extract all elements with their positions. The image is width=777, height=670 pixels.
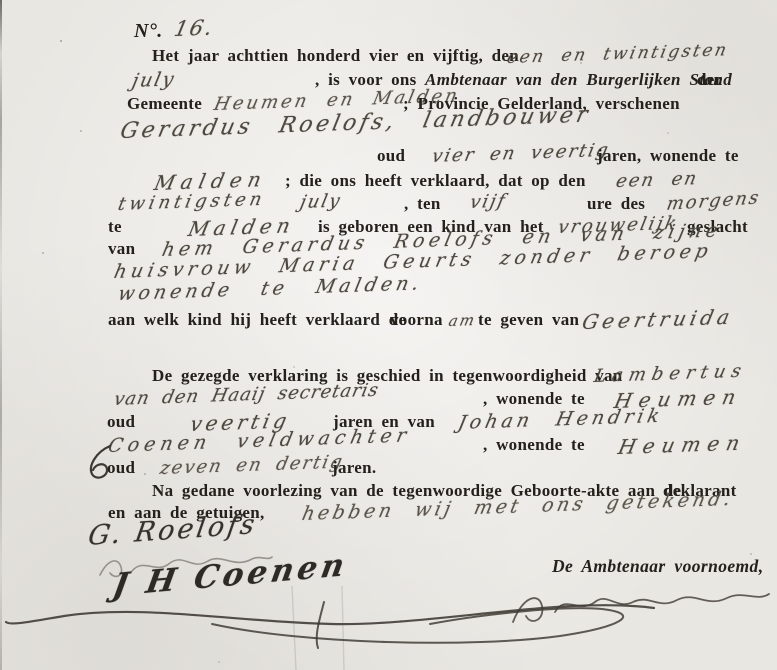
hand-registration-month: july bbox=[130, 68, 178, 92]
printed-declared-phrase: ; die ons heeft verklaard, dat op den bbox=[285, 171, 586, 191]
printed-oud-label: oud bbox=[377, 146, 405, 166]
printed-ten-label: , ten bbox=[404, 194, 441, 214]
printed-officer-title: Ambtenaar van den Burgerlijken Stand bbox=[425, 70, 732, 90]
printed-name-phrase: aan welk kind hij heeft verklaard de bbox=[108, 310, 406, 330]
pencil-marks-icon bbox=[284, 586, 364, 670]
line-parents-residence: wonende te Malden. bbox=[0, 283, 777, 309]
hand-witness2-residence: Heumen bbox=[616, 430, 749, 459]
line-official-caption: De Ambtenaar voornoemd, bbox=[0, 556, 777, 582]
line-year: Het jaar achttien honderd vier en vijfti… bbox=[0, 46, 777, 72]
printed-ure-des: ure des bbox=[587, 194, 645, 214]
line-declarant: Gerardus Roelofs, landbouwer bbox=[0, 119, 777, 149]
hand-birth-month: july bbox=[298, 190, 344, 213]
printed-witness-intro: De gezegde verklaring is geschied in teg… bbox=[152, 366, 623, 386]
hand-child-name: Geertruida bbox=[580, 305, 736, 334]
printed-jaren-period: jaren. bbox=[332, 458, 376, 478]
line-child-name: aan welk kind hij heeft verklaard de voo… bbox=[0, 310, 777, 336]
hand-birth-day-part1: een en bbox=[614, 168, 700, 192]
signature-official-flourish-icon bbox=[505, 584, 775, 632]
hand-witness1-firstname: Lambertus bbox=[592, 361, 749, 387]
printed-te-label: te bbox=[108, 217, 122, 237]
printed-wonende-te-2: , wonende te bbox=[483, 435, 585, 455]
hand-voorna-suffix: am bbox=[447, 311, 478, 330]
printed-geven-van: te geven van bbox=[478, 310, 579, 330]
hand-birth-day-part2: twintigsten bbox=[116, 189, 268, 215]
printed-officer-suffix: der bbox=[697, 70, 722, 90]
hand-birth-hour: vijf bbox=[468, 191, 509, 213]
document-number-value: 16. bbox=[172, 15, 217, 41]
printed-wonende-te-1: , wonende te bbox=[483, 389, 585, 409]
printed-gemeente-label: Gemeente bbox=[127, 94, 202, 114]
printed-voorna: voorna bbox=[390, 310, 443, 330]
ink-flourish-icon bbox=[86, 444, 116, 482]
line-declarant-age: oud vier en veertig jaren, wonende te bbox=[0, 146, 777, 172]
printed-van-label: van bbox=[108, 239, 135, 259]
printed-oud-2: oud bbox=[107, 412, 135, 432]
printed-year-phrase: Het jaar achttien honderd vier en vijfti… bbox=[152, 46, 519, 66]
document-number-label: N°. bbox=[134, 20, 163, 43]
printed-age-suffix: jaren, wonende te bbox=[597, 146, 739, 166]
official-caption: De Ambtenaar voornoemd, bbox=[552, 556, 763, 577]
birth-certificate-scan: N°. 16. Het jaar achttien honderd vier e… bbox=[0, 0, 777, 670]
